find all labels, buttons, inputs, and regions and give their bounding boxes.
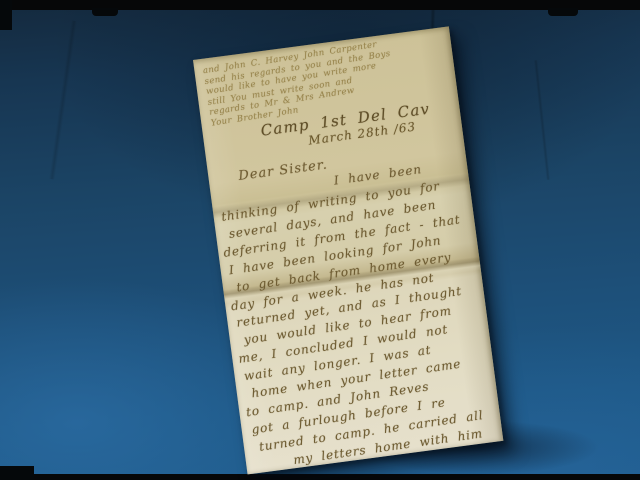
photo-edge-bottom (0, 474, 640, 480)
salutation: Dear Sister. (238, 157, 329, 184)
photograph-of-letter: and John C. Harvey John Carpenter send h… (0, 0, 640, 480)
photo-edge-corner (0, 466, 34, 480)
photo-edge-notch (548, 8, 578, 16)
photo-edge-corner (0, 0, 12, 30)
letter-paper: and John C. Harvey John Carpenter send h… (193, 26, 503, 474)
photo-edge-notch (92, 8, 118, 16)
letter-body: thinking of writing to you for several d… (217, 174, 500, 474)
